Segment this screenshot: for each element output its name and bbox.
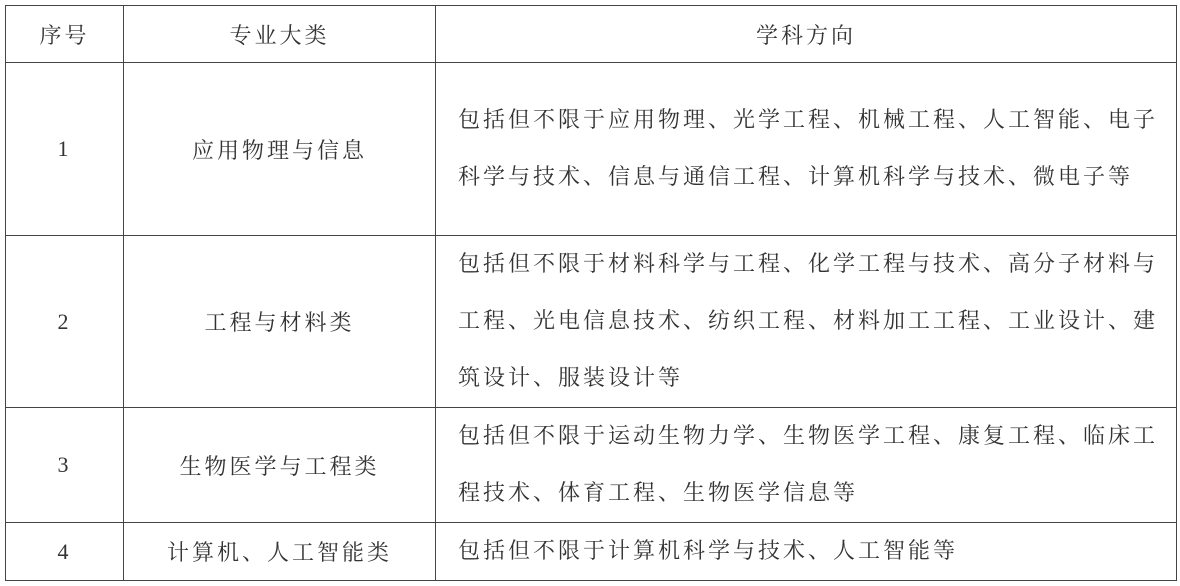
row-category: 工程与材料类 [124, 236, 436, 408]
row-category: 生物医学与工程类 [124, 408, 436, 523]
row-index: 2 [6, 236, 124, 408]
table-header-row: 序号 专业大类 学科方向 [6, 6, 1177, 63]
table-row: 2 工程与材料类 包括但不限于材料科学与工程、化学工程与技术、高分子材料与工程、… [6, 236, 1177, 408]
majors-table: 序号 专业大类 学科方向 1 应用物理与信息 包括但不限于应用物理、光学工程、机… [5, 5, 1177, 581]
table-row: 1 应用物理与信息 包括但不限于应用物理、光学工程、机械工程、人工智能、电子科学… [6, 63, 1177, 236]
row-direction: 包括但不限于运动生物力学、生物医学工程、康复工程、临床工程技术、体育工程、生物医… [436, 408, 1177, 523]
header-index: 序号 [6, 6, 124, 63]
row-category: 应用物理与信息 [124, 63, 436, 236]
row-direction: 包括但不限于计算机科学与技术、人工智能等 [436, 523, 1177, 581]
header-category: 专业大类 [124, 6, 436, 63]
row-index: 1 [6, 63, 124, 236]
row-direction: 包括但不限于应用物理、光学工程、机械工程、人工智能、电子科学与技术、信息与通信工… [436, 63, 1177, 236]
row-index: 3 [6, 408, 124, 523]
row-category: 计算机、人工智能类 [124, 523, 436, 581]
header-direction: 学科方向 [436, 6, 1177, 63]
table-row: 4 计算机、人工智能类 包括但不限于计算机科学与技术、人工智能等 [6, 523, 1177, 581]
row-direction: 包括但不限于材料科学与工程、化学工程与技术、高分子材料与工程、光电信息技术、纺织… [436, 236, 1177, 408]
row-index: 4 [6, 523, 124, 581]
table-row: 3 生物医学与工程类 包括但不限于运动生物力学、生物医学工程、康复工程、临床工程… [6, 408, 1177, 523]
